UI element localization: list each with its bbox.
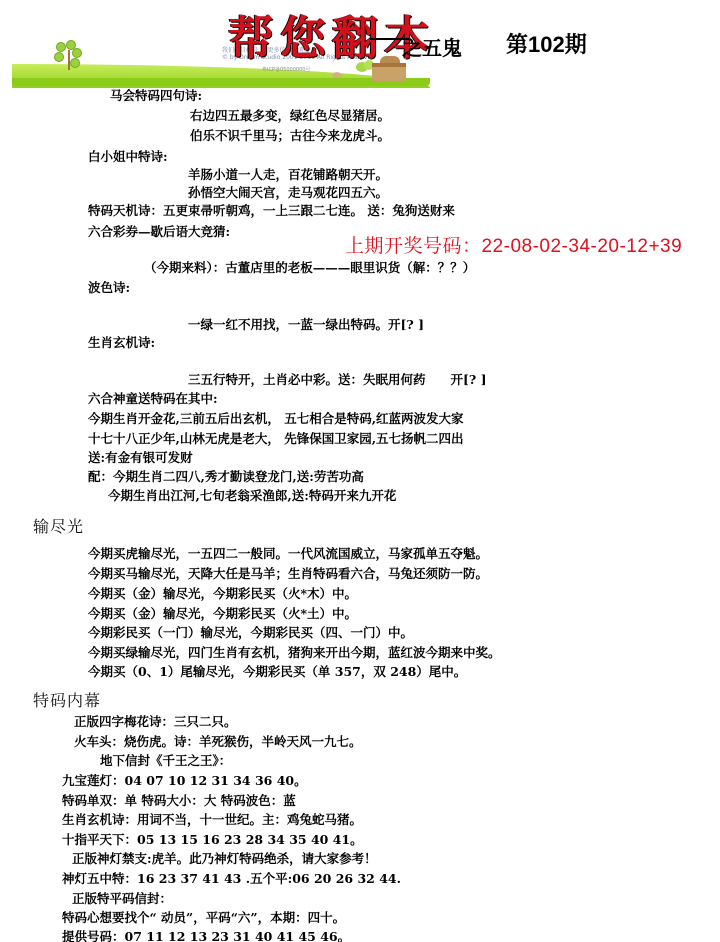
- bose-line: 一绿一红不用找，一蓝一绿出特码。开[? ]: [188, 317, 424, 333]
- neimu-line-4: 九宝莲灯：04 07 10 12 31 34 36 40。: [62, 773, 307, 789]
- shengxiao-label: 生肖玄机诗:: [88, 335, 155, 351]
- shujinguang-line-3: 今期买（金）输尽光，今期彩民买（火*木）中。: [88, 586, 357, 602]
- bai-line-2: 孙悟空大闹天宫，走马观花四五六。: [188, 185, 388, 201]
- neimu-line-2: 火车头：烧伤虎。诗：羊死猴伤，半岭天风一九七。: [74, 734, 362, 750]
- shentong-line-1: 今期生肖开金花,三前五后出玄机， 五七相合是特码,红蓝两波发大家: [88, 411, 464, 427]
- shentong-line-2: 十七十八正少年,山林无虎是老大， 先锋保国卫家园,五七扬帆二四出: [88, 431, 464, 447]
- shentong-line-4: 配：今期生肖二四八,秀才勤读登龙门,送:劳苦功高: [88, 469, 364, 485]
- shengxiao-line: 三五行特开，土肖必中彩。送：失眠用何药 开[? ]: [188, 372, 487, 388]
- mahui-line-2: 伯乐不识千里马；古往今来龙虎斗。: [190, 128, 390, 144]
- neimu-line-12: 提供号码：07 11 12 13 23 31 40 41 45 46。: [62, 929, 350, 942]
- section-heading-shujinguang: 输尽光: [33, 514, 84, 537]
- neimu-line-11: 特码心想要找个“ 动员”，平码“六”，本期：四十。: [62, 910, 345, 926]
- neimu-line-7: 十指平天下：05 13 15 16 23 28 34 35 40 41。: [62, 832, 363, 848]
- mahui-label: 马会特码四句诗:: [110, 88, 202, 104]
- house-icon: [372, 63, 406, 81]
- shujinguang-line-7: 今期买（0、1）尾输尽光，今期彩民买（单 357，双 248）尾中。: [88, 664, 466, 680]
- shujinguang-line-2: 今期买马输尽光，天降大任是马羊；生肖特码看六合，马兔还须防一防。: [88, 566, 488, 582]
- xiehouyu-label: 六合彩券—歇后语大竞猜:: [88, 224, 230, 240]
- shujinguang-line-5: 今期彩民买（一门）输尽光，今期彩民买（四、一门）中。: [88, 625, 413, 641]
- tree-icon: [52, 40, 82, 70]
- shentong-line-5: 今期生肖出江河,七旬老翁采渔郎,送:特码开来九开花: [108, 488, 396, 504]
- neimu-line-5: 特码单双：单 特码大小：大 特码波色：蓝: [62, 793, 296, 809]
- tianji-line: 特码天机诗：五更束帚听朝鸡，一上三跟二七连。 送：兔狗送财来: [88, 203, 455, 219]
- shentong-line-3: 送:有金有银可发财: [88, 450, 193, 466]
- bai-line-1: 羊肠小道一人走，百花铺路朝天开。: [188, 167, 388, 183]
- issue-number: 第102期: [506, 28, 587, 59]
- neimu-line-6: 生肖玄机诗：用词不当，十一世纪。主：鸡兔蛇马猪。: [62, 812, 362, 828]
- shujinguang-line-4: 今期买（金）输尽光，今期彩民买（火*土）中。: [88, 606, 357, 622]
- bai-label: 白小姐中特诗:: [88, 149, 168, 165]
- last-draw-numbers: 上期开奖号码：22-08-02-34-20-12+39: [345, 231, 682, 258]
- shujinguang-line-1: 今期买虎输尽光，一五四二一般同。一代风流国威立，马家孤单五夺魁。: [88, 546, 488, 562]
- grass-base-decoration: [12, 78, 430, 86]
- neimu-line-9: 神灯五中特：16 23 37 41 43 .五个平:06 20 26 32 44…: [62, 871, 401, 887]
- logo-subtitle: 之五鬼: [402, 32, 462, 61]
- bose-label: 波色诗:: [88, 280, 130, 296]
- hut-icon: [332, 72, 342, 78]
- section-heading-neimu: 特码内幕: [33, 688, 101, 711]
- header-banner: 我们的目标是 ... 更多信息请浏览 ... © by Dream Studio…: [0, 0, 720, 92]
- mahui-line-1: 右边四五最多变，绿红色尽显猪居。: [190, 108, 390, 124]
- shentong-label: 六合神童送特码在其中:: [88, 391, 218, 407]
- neimu-line-8: 正版神灯禁支:虎羊。此乃神灯特码绝杀，请大家参考！: [72, 851, 377, 867]
- neimu-line-1: 正版四字梅花诗：三只二只。: [74, 714, 237, 730]
- jinqi-line: （今期来料）：古董店里的老板———眼里识货（解：？？）: [144, 260, 475, 276]
- shujinguang-line-6: 今期买绿输尽光，四门生肖有玄机，猪狗来开出今期，蓝红波今期来中奖。: [88, 645, 501, 661]
- neimu-line-3: 地下信封《千王之王》：: [100, 753, 231, 769]
- neimu-line-10: 正版特平码信封：: [72, 891, 172, 907]
